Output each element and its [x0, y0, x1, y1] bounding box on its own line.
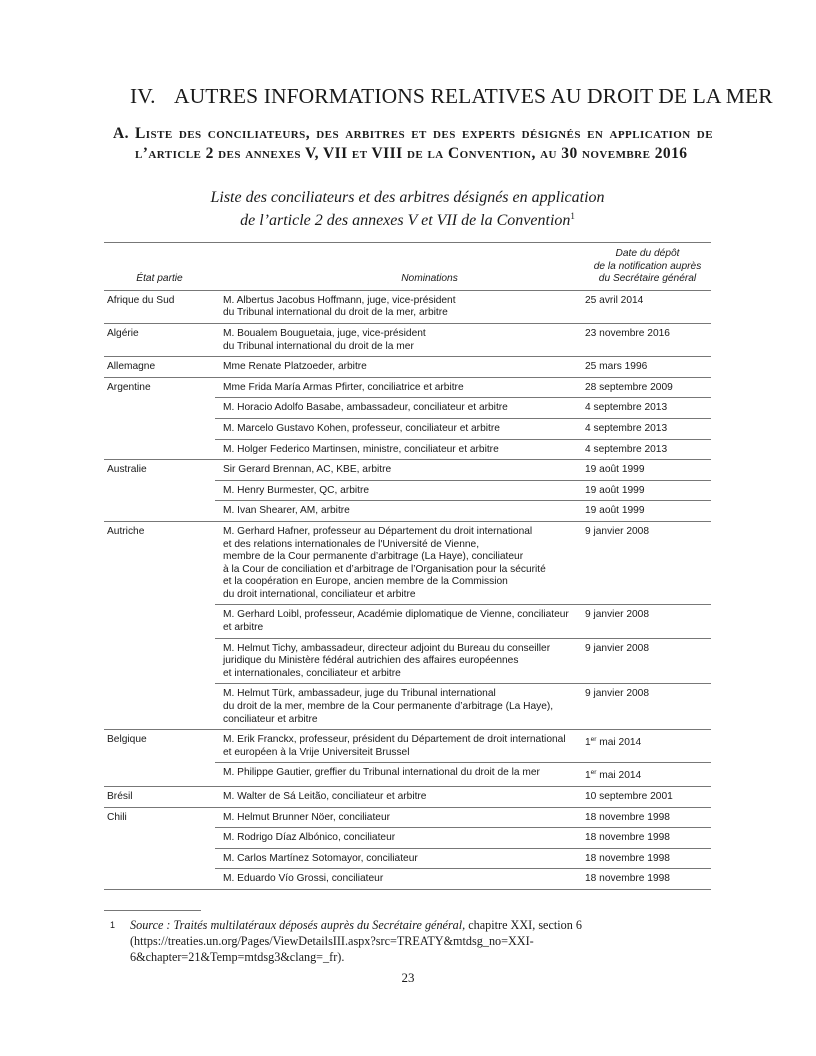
nomination-line: M. Boualem Bouguetaia, juge, vice-présid…	[223, 328, 576, 341]
table-row: BelgiqueM. Erik Franckx, professeur, pré…	[104, 730, 711, 763]
nomination-line: M. Horacio Adolfo Basabe, ambassadeur, c…	[223, 402, 576, 415]
nomination-line: M. Eduardo Vío Grossi, conciliateur	[223, 873, 576, 886]
table-row: AlgérieM. Boualem Bouguetaia, juge, vice…	[104, 323, 711, 356]
table-title-line2: de l’article 2 des annexes V et VII de l…	[240, 212, 570, 229]
chapter-number: IV.	[130, 84, 174, 109]
nominations-table: État partie Nominations Date du dépôt de…	[104, 242, 711, 890]
nomination-line: à la Cour de conciliation et d’arbitrage…	[223, 564, 576, 577]
state-cell: Chili	[104, 807, 215, 828]
state-cell: Autriche	[104, 521, 215, 605]
nomination-cell: M. Gerhard Hafner, professeur au Départe…	[215, 521, 584, 605]
footnote: 1 Source : Traités multilatéraux déposés…	[130, 917, 714, 965]
nomination-cell: M. Marcelo Gustavo Kohen, professeur, co…	[215, 418, 584, 439]
state-cell: Allemagne	[104, 357, 215, 378]
nomination-cell: M. Eduardo Vío Grossi, conciliateur	[215, 869, 584, 890]
date-cell: 25 avril 2014	[584, 290, 711, 323]
nomination-line: conciliateur et arbitre	[223, 714, 576, 727]
state-cell: Afrique du Sud	[104, 290, 215, 323]
state-cell	[104, 828, 215, 849]
nomination-line: M. Walter de Sá Leitão, conciliateur et …	[223, 791, 576, 804]
nomination-line: M. Holger Federico Martinsen, ministre, …	[223, 444, 576, 457]
nomination-line: du droit international, conciliateur et …	[223, 589, 576, 602]
table-row: AllemagneMme Renate Platzoeder, arbitre2…	[104, 357, 711, 378]
nomination-line: Mme Renate Platzoeder, arbitre	[223, 361, 576, 374]
nomination-line: du Tribunal international du droit de la…	[223, 307, 576, 320]
nomination-line: Mme Frida María Armas Pfirter, conciliat…	[223, 382, 576, 395]
nomination-line: et la coopération en Europe, ancien memb…	[223, 576, 576, 589]
date-cell: 19 août 1999	[584, 501, 711, 522]
table-row: AustralieSir Gerard Brennan, AC, KBE, ar…	[104, 460, 711, 481]
header-nominations: Nominations	[215, 243, 584, 291]
nomination-line: M. Rodrigo Díaz Albónico, conciliateur	[223, 832, 576, 845]
nomination-cell: Sir Gerard Brennan, AC, KBE, arbitre	[215, 460, 584, 481]
table-row: AutricheM. Gerhard Hafner, professeur au…	[104, 521, 711, 605]
date-cell: 19 août 1999	[584, 480, 711, 501]
chapter-title-text: AUTRES INFORMATIONS RELATIVES AU DROIT D…	[174, 84, 773, 108]
state-cell	[104, 480, 215, 501]
date-cell: 10 septembre 2001	[584, 787, 711, 808]
nomination-cell: M. Helmut Tichy, ambassadeur, directeur …	[215, 638, 584, 684]
nomination-cell: M. Rodrigo Díaz Albónico, conciliateur	[215, 828, 584, 849]
nomination-cell: M. Holger Federico Martinsen, ministre, …	[215, 439, 584, 460]
table-row: M. Eduardo Vío Grossi, conciliateur18 no…	[104, 869, 711, 890]
date-cell: 9 janvier 2008	[584, 638, 711, 684]
header-state: État partie	[104, 243, 215, 291]
section-title: Liste des conciliateurs, des arbitres et…	[135, 124, 713, 164]
nomination-cell: M. Carlos Martínez Sotomayor, conciliate…	[215, 848, 584, 869]
table-row: M. Horacio Adolfo Basabe, ambassadeur, c…	[104, 398, 711, 419]
table-row: M. Gerhard Loibl, professeur, Académie d…	[104, 605, 711, 638]
nomination-cell: M. Helmut Brunner Nöer, conciliateur	[215, 807, 584, 828]
header-date-line3: du Secrétaire général	[584, 273, 711, 286]
nomination-line: M. Gerhard Hafner, professeur au Départe…	[223, 526, 576, 539]
nomination-cell: M. Erik Franckx, professeur, président d…	[215, 730, 584, 763]
nomination-line: M. Marcelo Gustavo Kohen, professeur, co…	[223, 423, 576, 436]
table-row: M. Carlos Martínez Sotomayor, conciliate…	[104, 848, 711, 869]
state-cell	[104, 501, 215, 522]
nomination-cell: M. Ivan Shearer, AM, arbitre	[215, 501, 584, 522]
date-cell: 1er mai 2014	[584, 763, 711, 787]
state-cell: Brésil	[104, 787, 215, 808]
nomination-line: membre de la Cour permanente d’arbitrage…	[223, 551, 576, 564]
section-heading: A. Liste des conciliateurs, des arbitres…	[113, 124, 713, 164]
state-cell	[104, 418, 215, 439]
nomination-line: M. Helmut Tichy, ambassadeur, directeur …	[223, 643, 576, 656]
table-header-row: État partie Nominations Date du dépôt de…	[104, 243, 711, 291]
footnote-number: 1	[110, 917, 115, 933]
table-row: M. Holger Federico Martinsen, ministre, …	[104, 439, 711, 460]
footnote-divider	[104, 910, 201, 911]
date-cell: 18 novembre 1998	[584, 848, 711, 869]
state-cell	[104, 398, 215, 419]
table-row: ChiliM. Helmut Brunner Nöer, conciliateu…	[104, 807, 711, 828]
nomination-line: M. Helmut Brunner Nöer, conciliateur	[223, 812, 576, 825]
nomination-line: du droit de la mer, membre de la Cour pe…	[223, 701, 576, 714]
state-cell: Argentine	[104, 377, 215, 398]
header-date-line1: Date du dépôt	[584, 248, 711, 261]
nomination-line: et internationales, conciliateur et arbi…	[223, 668, 576, 681]
footnote-reference[interactable]: 1	[570, 211, 575, 221]
nomination-line: M. Erik Franckx, professeur, président d…	[223, 734, 576, 747]
nomination-line: M. Henry Burmester, QC, arbitre	[223, 485, 576, 498]
table-row: M. Philippe Gautier, greffier du Tribuna…	[104, 763, 711, 787]
state-cell	[104, 869, 215, 890]
table-row: M. Rodrigo Díaz Albónico, conciliateur18…	[104, 828, 711, 849]
nomination-cell: M. Boualem Bouguetaia, juge, vice-présid…	[215, 323, 584, 356]
table-body: Afrique du SudM. Albertus Jacobus Hoffma…	[104, 290, 711, 889]
date-cell: 9 janvier 2008	[584, 605, 711, 638]
nomination-line: et arbitre	[223, 622, 576, 635]
nomination-line: et européen à la Vrije Universiteit Brus…	[223, 747, 576, 760]
date-rest: mai 2014	[596, 737, 641, 748]
date-cell: 23 novembre 2016	[584, 323, 711, 356]
table-row: M. Helmut Türk, ambassadeur, juge du Tri…	[104, 684, 711, 730]
date-cell: 28 septembre 2009	[584, 377, 711, 398]
table-row: M. Helmut Tichy, ambassadeur, directeur …	[104, 638, 711, 684]
nomination-cell: M. Philippe Gautier, greffier du Tribuna…	[215, 763, 584, 787]
state-cell: Algérie	[104, 323, 215, 356]
date-cell: 4 septembre 2013	[584, 418, 711, 439]
nomination-cell: M. Henry Burmester, QC, arbitre	[215, 480, 584, 501]
table-row: M. Henry Burmester, QC, arbitre19 août 1…	[104, 480, 711, 501]
date-cell: 18 novembre 1998	[584, 869, 711, 890]
nomination-line: M. Philippe Gautier, greffier du Tribuna…	[223, 767, 576, 780]
nomination-line: M. Helmut Türk, ambassadeur, juge du Tri…	[223, 688, 576, 701]
date-cell: 9 janvier 2008	[584, 684, 711, 730]
page-number: 23	[0, 970, 816, 986]
header-date: Date du dépôt de la notification auprès …	[584, 243, 711, 291]
nomination-cell: M. Helmut Türk, ambassadeur, juge du Tri…	[215, 684, 584, 730]
date-cell: 25 mars 1996	[584, 357, 711, 378]
nomination-line: M. Ivan Shearer, AM, arbitre	[223, 505, 576, 518]
table-title-line1: Liste des conciliateurs et des arbitres …	[104, 188, 711, 207]
footnote-source-title: Source : Traités multilatéraux déposés a…	[130, 918, 465, 932]
nomination-line: juridique du Ministère fédéral autrichie…	[223, 655, 576, 668]
nomination-line: et des relations internationales de l'Un…	[223, 539, 576, 552]
date-cell: 19 août 1999	[584, 460, 711, 481]
table-row: ArgentineMme Frida María Armas Pfirter, …	[104, 377, 711, 398]
table-row: M. Marcelo Gustavo Kohen, professeur, co…	[104, 418, 711, 439]
table-row: M. Ivan Shearer, AM, arbitre19 août 1999	[104, 501, 711, 522]
state-cell: Australie	[104, 460, 215, 481]
nomination-line: M. Albertus Jacobus Hoffmann, juge, vice…	[223, 295, 576, 308]
nomination-cell: Mme Renate Platzoeder, arbitre	[215, 357, 584, 378]
nomination-cell: M. Gerhard Loibl, professeur, Académie d…	[215, 605, 584, 638]
date-rest: mai 2014	[596, 770, 641, 781]
nomination-line: M. Gerhard Loibl, professeur, Académie d…	[223, 609, 576, 622]
state-cell	[104, 763, 215, 787]
nomination-cell: Mme Frida María Armas Pfirter, conciliat…	[215, 377, 584, 398]
table-row: Afrique du SudM. Albertus Jacobus Hoffma…	[104, 290, 711, 323]
state-cell: Belgique	[104, 730, 215, 763]
date-cell: 4 septembre 2013	[584, 439, 711, 460]
nomination-cell: M. Walter de Sá Leitão, conciliateur et …	[215, 787, 584, 808]
table-title: Liste des conciliateurs et des arbitres …	[104, 188, 711, 230]
date-cell: 18 novembre 1998	[584, 807, 711, 828]
state-cell	[104, 638, 215, 684]
nomination-line: M. Carlos Martínez Sotomayor, conciliate…	[223, 853, 576, 866]
header-date-line2: de la notification auprès	[584, 261, 711, 274]
nomination-cell: M. Horacio Adolfo Basabe, ambassadeur, c…	[215, 398, 584, 419]
state-cell	[104, 848, 215, 869]
date-cell: 18 novembre 1998	[584, 828, 711, 849]
date-cell: 9 janvier 2008	[584, 521, 711, 605]
state-cell	[104, 684, 215, 730]
table-row: BrésilM. Walter de Sá Leitão, conciliate…	[104, 787, 711, 808]
chapter-title: IV.AUTRES INFORMATIONS RELATIVES AU DROI…	[130, 84, 773, 109]
nomination-line: du Tribunal international du droit de la…	[223, 341, 576, 354]
state-cell	[104, 605, 215, 638]
nomination-line: Sir Gerard Brennan, AC, KBE, arbitre	[223, 464, 576, 477]
section-letter: A.	[113, 124, 129, 144]
state-cell	[104, 439, 215, 460]
nomination-cell: M. Albertus Jacobus Hoffmann, juge, vice…	[215, 290, 584, 323]
date-cell: 1er mai 2014	[584, 730, 711, 763]
date-cell: 4 septembre 2013	[584, 398, 711, 419]
